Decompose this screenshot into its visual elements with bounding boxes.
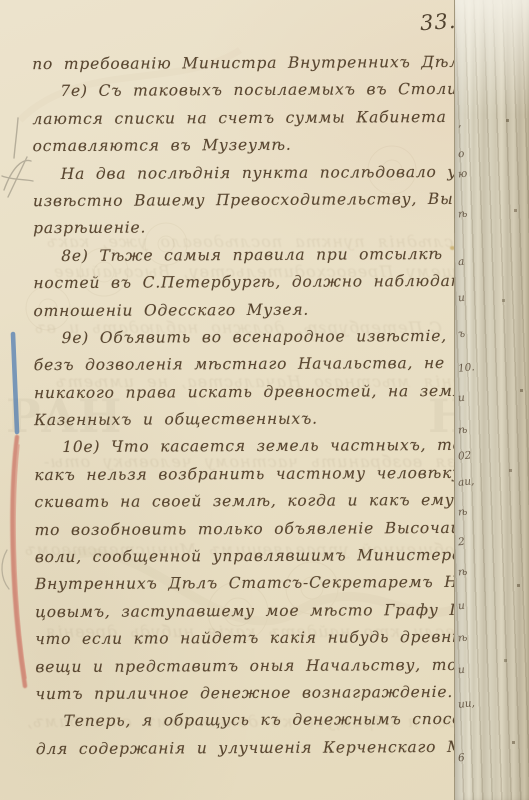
fore-edge-fragment: ю xyxy=(457,168,467,181)
fore-edge-fragment: и xyxy=(457,600,465,613)
manuscript-line: ностей въ С.Петербургѣ, должно наблюдать… xyxy=(33,268,457,298)
manuscript-line: лаются списки на счетъ суммы Кабинета и xyxy=(32,104,456,134)
graphite-scribble-icon xyxy=(2,118,33,197)
manuscript-line: 7е) Съ таковыхъ посылаемыхъ въ Столицу в… xyxy=(32,76,456,106)
manuscript-line: Внутреннихъ Дѣлъ Статсъ-Секретаремъ Ново… xyxy=(35,569,459,599)
manuscript-line: что если кто найдетъ какія нибудь древні… xyxy=(35,624,459,654)
book-fore-edge: ʼоюѣаиъ10.иѣ02аи,ѣ2ѣиѣиии,6 xyxy=(454,0,529,800)
fore-edge-fragment: о xyxy=(457,148,465,161)
manuscript-line: 9е) Объявить во всенародное извѣстіе, чт… xyxy=(34,323,458,353)
manuscript-line: оставляются въ Музеумѣ. xyxy=(33,131,457,161)
manuscript-line: извѣстно Вашему Превосходительству, Высо… xyxy=(33,186,457,216)
manuscript-line: скивать на своей землѣ, когда и какъ ему… xyxy=(34,487,458,517)
manuscript-line: читъ приличное денежное вознагражденіе. xyxy=(35,679,459,709)
manuscript-line: 10е) Что касается земель частныхъ, то та… xyxy=(34,432,458,462)
fore-edge-fragment: а xyxy=(457,256,464,269)
manuscript-line: воли, сообщенной управлявшимъ Министерст… xyxy=(35,542,459,572)
manuscript-line: Теперь, я обращусь къ денежнымъ способам… xyxy=(36,706,460,736)
fore-edge-specks xyxy=(455,0,456,1)
fore-edge-fragment: 2 xyxy=(457,536,465,549)
graphite-bracket-icon xyxy=(2,550,9,589)
fore-edge-fragment: и xyxy=(457,664,465,677)
fore-edge-fragment: и xyxy=(457,392,465,405)
manuscript-page: РАН НА На два послѣднія пункта послѣдова… xyxy=(0,0,529,800)
manuscript-line: отношеніи Одесскаго Музея. xyxy=(33,295,457,325)
fore-edge-fragment: ъ xyxy=(457,328,465,341)
fore-edge-fragment: ѣ xyxy=(457,566,467,579)
manuscript-line: На два послѣднія пункта послѣдовало уже,… xyxy=(33,158,457,188)
manuscript-line: вещи и представитъ оныя Начальству, то п… xyxy=(35,651,459,681)
fore-edge-fragment: ʼ xyxy=(457,124,462,136)
manuscript-line: 8е) Тѣже самыя правила при отсылкѣ древ- xyxy=(33,241,457,271)
manuscript-line: цовымъ, заступавшему мое мѣсто Графу Пал… xyxy=(35,597,459,627)
manuscript-line: по требованію Министра Внутреннихъ Дѣлъ. xyxy=(32,49,456,79)
fore-edge-fragment: 10. xyxy=(457,361,475,375)
blue-pencil-line xyxy=(13,334,17,432)
fore-edge-fragment: ии, xyxy=(457,697,475,711)
manuscript-line: разрѣшеніе. xyxy=(33,213,457,243)
page-number: 33. xyxy=(419,9,457,35)
fore-edge-fragment: ѣ xyxy=(457,208,467,221)
manuscript-line: для содержанія и улучшенія Керченскаго М… xyxy=(36,734,460,764)
text-block: по требованію Министра Внутреннихъ Дѣлъ.… xyxy=(32,49,460,763)
fore-edge-fragment: и xyxy=(457,292,465,305)
fore-edge-fragment: ѣ xyxy=(457,424,467,437)
manuscript-line: Казенныхъ и общественныхъ. xyxy=(34,405,458,435)
manuscript-line: безъ дозволенія мѣстнаго Начальства, не … xyxy=(34,350,458,380)
red-pencil-line xyxy=(12,437,25,686)
manuscript-line: никакого права искать древностей, на зем… xyxy=(34,378,458,408)
red-pencil-line-texture xyxy=(15,445,26,678)
fore-edge-fragment: 6 xyxy=(457,752,465,765)
manuscript-line: какъ нельзя возбранить частному человѣку… xyxy=(34,460,458,490)
fore-edge-fragment: аи, xyxy=(457,475,475,489)
manuscript-line: то возобновить только объявленіе Высочай… xyxy=(35,515,459,545)
fore-edge-fragment: 02 xyxy=(457,449,472,462)
fore-edge-fragment: ѣ xyxy=(457,632,467,645)
fore-edge-fragment: ѣ xyxy=(457,506,467,519)
